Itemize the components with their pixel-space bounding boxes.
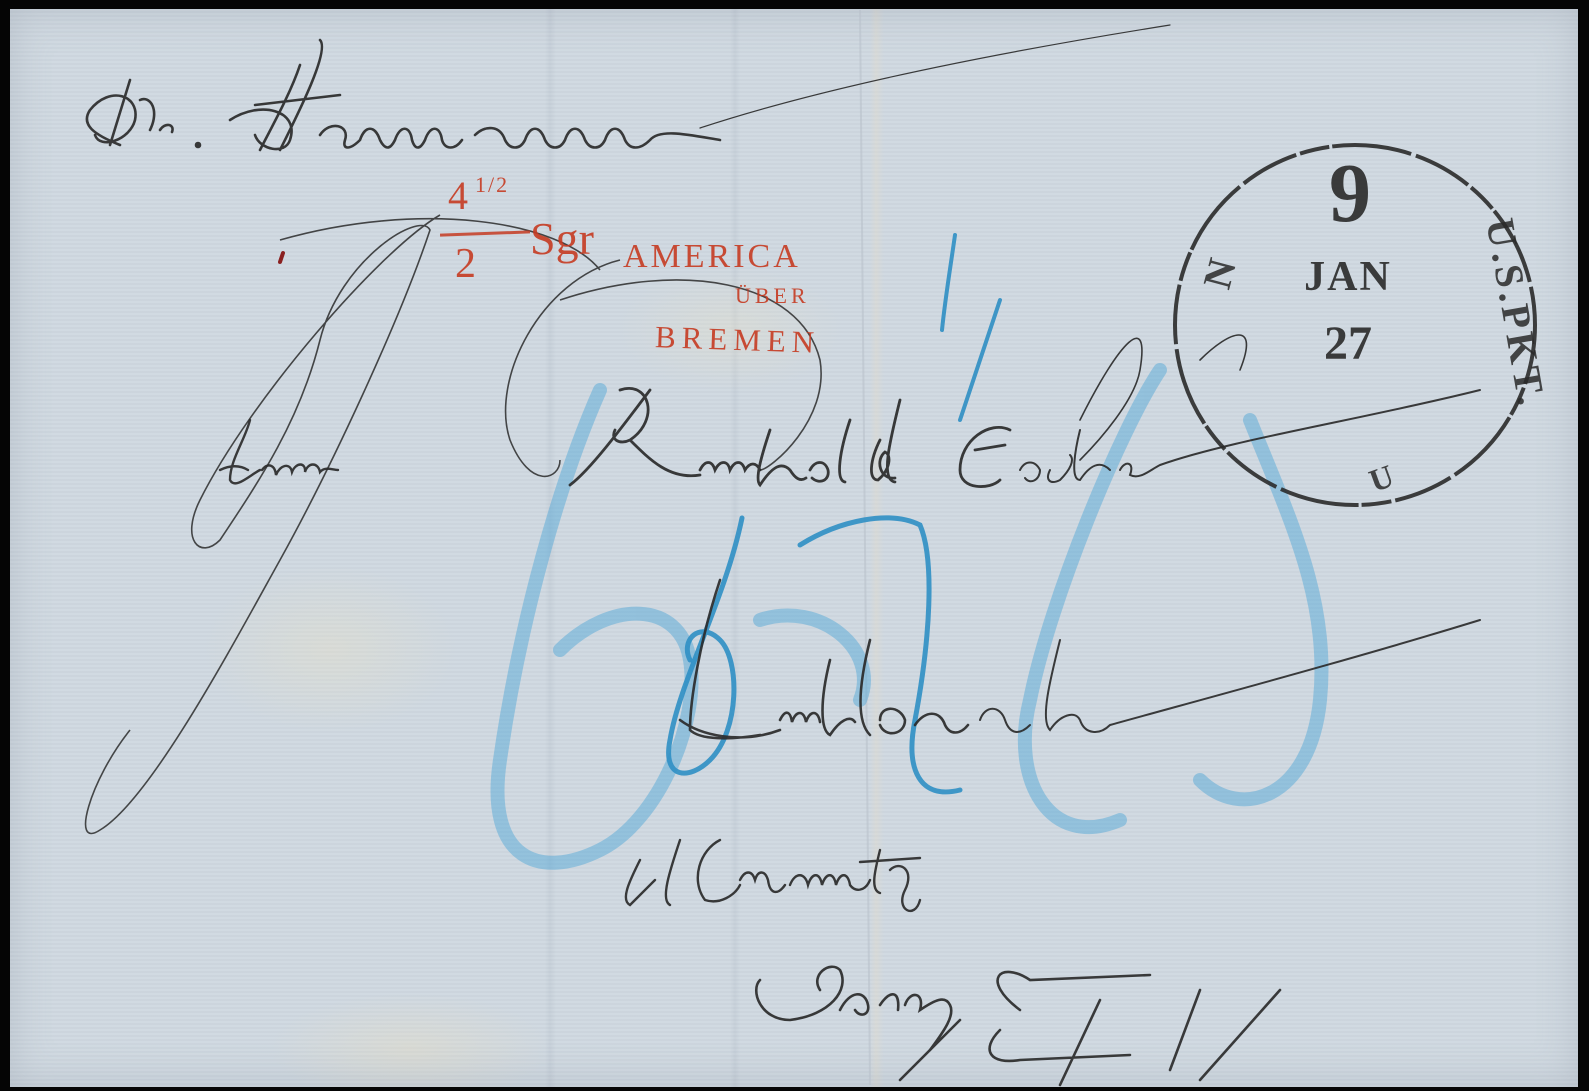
region-script (756, 967, 1280, 1085)
transit-line-america: AMERICA (623, 238, 801, 276)
address-flourishes (86, 215, 822, 834)
rate-numerator: 4 (448, 172, 470, 219)
transit-line-ueber: ÜBER (735, 283, 810, 309)
rate-fraction: 1/2 (475, 172, 509, 198)
postmark-month: JAN (1288, 256, 1408, 298)
rate-denominator: 2 (455, 240, 478, 288)
postmark-day: 9 (1310, 152, 1390, 236)
red-ink-dot (280, 253, 283, 262)
transit-line-bremen: BREMEN (654, 319, 820, 361)
postmark-year: 27 (1298, 320, 1398, 368)
rate-unit: Sgr (530, 212, 594, 265)
routing-endorsement-script (87, 25, 1170, 150)
town-script (680, 580, 1480, 738)
